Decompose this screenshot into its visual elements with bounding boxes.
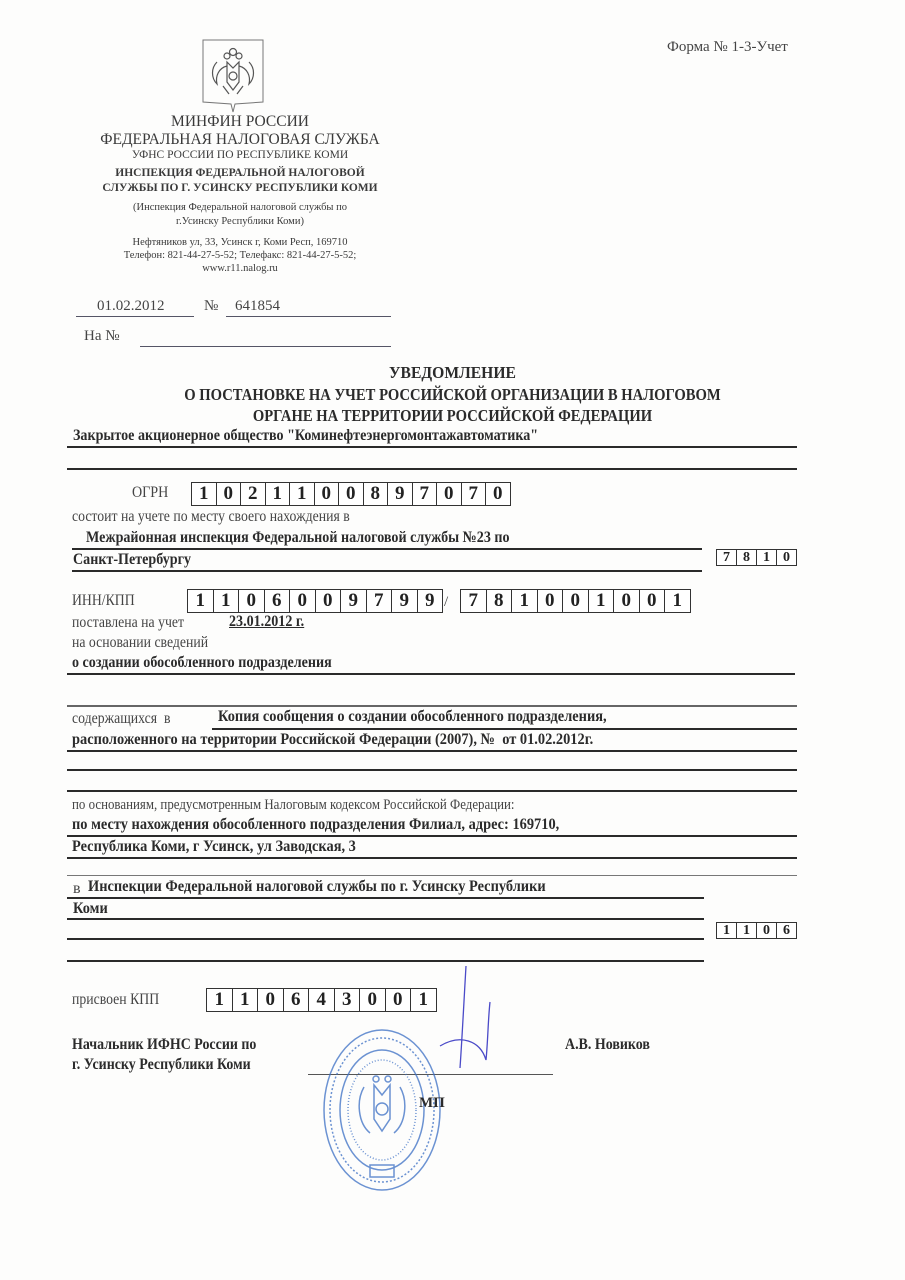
number-label: № [204, 298, 218, 315]
digit-cell: 1 [233, 989, 259, 1011]
tax-authority-underline-3 [67, 938, 704, 940]
tax-authority-line1: Инспекции Федеральной налоговой службы п… [88, 878, 546, 896]
title-line2: О ПОСТАНОВКЕ НА УЧЕТ РОССИЙСКОЙ ОРГАНИЗА… [63, 385, 841, 405]
digit-cell: 1 [512, 590, 538, 612]
ministry: МИНФИН РОССИИ [60, 113, 420, 131]
digit-cell: 6 [265, 590, 291, 612]
phones: Телефон: 821-44-27-5-52; Телефакс: 821-4… [60, 250, 420, 261]
organization-name: Закрытое акционерное общество "Коминефте… [73, 427, 538, 445]
short-name-line1: (Инспекция Федеральной налоговой службы … [60, 202, 420, 213]
digit-cell: 0 [290, 590, 316, 612]
stamp-label: МП [419, 1095, 445, 1112]
digit-cell: 0 [437, 483, 462, 505]
digit-cell: 7 [717, 550, 737, 565]
inn-kpp-separator: / [444, 594, 448, 611]
grounds-label: по основаниям, предусмотренным Налоговым… [72, 797, 515, 814]
website: www.r11.nalog.ru [60, 263, 420, 274]
registered-underline-1 [72, 548, 702, 550]
title-line1: УВЕДОМЛЕНИЕ [36, 363, 869, 383]
contained-in-line2: расположенного на территории Российской … [72, 731, 593, 749]
date-underline [76, 316, 194, 317]
digit-cell: 1 [266, 483, 291, 505]
digit-cell: 0 [563, 590, 589, 612]
digit-cell: 1 [188, 590, 214, 612]
signer-position-line1: Начальник ИФНС России по [72, 1036, 256, 1054]
digit-cell: 0 [777, 550, 796, 565]
digit-cell: 0 [486, 483, 510, 505]
digit-cell: 1 [665, 590, 690, 612]
ref-label: На № [84, 328, 120, 345]
digit-cell: 1 [290, 483, 315, 505]
address: Нефтяников ул, 33, Усинск г, Коми Респ, … [60, 237, 420, 248]
service: ФЕДЕРАЛЬНАЯ НАЛОГОВАЯ СЛУЖБА [60, 131, 420, 149]
digit-cell: 1 [589, 590, 615, 612]
tax-authority-underline-2 [67, 918, 704, 920]
digit-cell: 1 [214, 590, 240, 612]
registered-label: состоит на учете по месту своего нахожде… [72, 508, 350, 526]
emblem-icon [201, 38, 265, 110]
kpp-boxes: 781001001 [460, 589, 691, 613]
basis-underline [67, 673, 795, 675]
tax-authority-code: 1106 [716, 922, 797, 939]
grounds-underline-2 [67, 857, 797, 859]
grounds-underline-3 [67, 875, 797, 876]
digit-cell: 0 [339, 483, 364, 505]
registered-authority-line1: Межрайонная инспекция Федеральной налого… [86, 529, 510, 547]
digit-cell: 9 [388, 483, 413, 505]
tax-authority-underline-4 [67, 960, 704, 962]
digit-cell: 9 [392, 590, 418, 612]
digit-cell: 7 [462, 483, 487, 505]
assigned-kpp-label: присвоен КПП [72, 991, 159, 1009]
registered-authority-code: 7810 [716, 549, 797, 566]
basis-underline-2 [67, 705, 797, 707]
digit-cell: 0 [217, 483, 242, 505]
registered-authority-line2: Санкт-Петербургу [73, 551, 191, 569]
digit-cell: 6 [284, 989, 310, 1011]
registered-underline-2 [72, 570, 702, 572]
tax-authority-underline-1 [67, 897, 704, 899]
digit-cell: 1 [207, 989, 233, 1011]
digit-cell: 9 [341, 590, 367, 612]
basis-value: о создании обособленного подразделения [72, 654, 332, 672]
contained-underline-2 [67, 750, 797, 752]
tax-authority-prefix: в [73, 880, 81, 898]
digit-cell: 0 [538, 590, 564, 612]
contained-in-line1: Копия сообщения о создании обособленного… [218, 708, 607, 726]
digit-cell: 0 [258, 989, 284, 1011]
org-underline [67, 446, 797, 448]
digit-cell: 3 [335, 989, 361, 1011]
digit-cell: 8 [364, 483, 389, 505]
digit-cell: 9 [418, 590, 443, 612]
digit-cell: 0 [316, 590, 342, 612]
ref-underline [140, 346, 391, 347]
digit-cell: 4 [309, 989, 335, 1011]
contained-underline-3 [67, 769, 797, 771]
grounds-line1: по месту нахождения обособленного подраз… [72, 816, 559, 834]
contained-in-label: содержащихся в [72, 710, 170, 728]
inspection-line1: ИНСПЕКЦИЯ ФЕДЕРАЛЬНОЙ НАЛОГОВОЙ [60, 167, 420, 179]
registration-date-label: поставлена на учет [72, 614, 184, 632]
signer-name: А.В. Новиков [565, 1036, 650, 1054]
digit-cell: 0 [614, 590, 640, 612]
digit-cell: 1 [717, 923, 737, 938]
signer-position-line2: г. Усинску Республики Коми [72, 1056, 251, 1074]
doc-date: 01.02.2012 [97, 298, 165, 315]
contained-underline-4 [67, 790, 797, 792]
basis-label: на основании сведений [72, 634, 208, 652]
ogrn-label: ОГРН [132, 484, 168, 502]
contained-underline-1 [212, 728, 797, 730]
digit-cell: 7 [367, 590, 393, 612]
digit-cell: 7 [461, 590, 487, 612]
digit-cell: 1 [737, 923, 757, 938]
doc-number: 641854 [235, 298, 280, 315]
digit-cell: 1 [192, 483, 217, 505]
number-underline [226, 316, 391, 317]
grounds-underline-1 [67, 835, 797, 837]
digit-cell: 0 [640, 590, 666, 612]
regional-office: УФНС РОССИИ ПО РЕСПУБЛИКЕ КОМИ [60, 149, 420, 161]
digit-cell: 7 [413, 483, 438, 505]
inspection-line2: СЛУЖБЫ ПО Г. УСИНСКУ РЕСПУБЛИКИ КОМИ [60, 182, 420, 194]
inn-boxes: 1106009799 [187, 589, 443, 613]
registration-date-value: 23.01.2012 г. [229, 613, 304, 631]
digit-cell: 2 [241, 483, 266, 505]
tax-authority-line2: Коми [73, 900, 108, 918]
letterhead: МИНФИН РОССИИ ФЕДЕРАЛЬНАЯ НАЛОГОВАЯ СЛУЖ… [60, 30, 420, 280]
digit-cell: 0 [239, 590, 265, 612]
grounds-line2: Республика Коми, г Усинск, ул Заводская,… [72, 838, 356, 856]
short-name-line2: г.Усинску Республики Коми) [60, 216, 420, 227]
digit-cell: 0 [360, 989, 386, 1011]
handwritten-signature-icon [400, 960, 510, 1070]
digit-cell: 6 [777, 923, 796, 938]
digit-cell: 0 [315, 483, 340, 505]
digit-cell: 1 [757, 550, 777, 565]
digit-cell: 0 [757, 923, 777, 938]
inn-kpp-label: ИНН/КПП [72, 592, 135, 610]
title-line3: ОРГАНЕ НА ТЕРРИТОРИИ РОССИЙСКОЙ ФЕДЕРАЦИ… [63, 406, 841, 426]
form-number: Форма № 1-3-Учет [667, 39, 788, 56]
ogrn-boxes: 1021100897070 [191, 482, 511, 506]
digit-cell: 8 [737, 550, 757, 565]
digit-cell: 8 [487, 590, 513, 612]
org-underline-2 [67, 468, 797, 470]
